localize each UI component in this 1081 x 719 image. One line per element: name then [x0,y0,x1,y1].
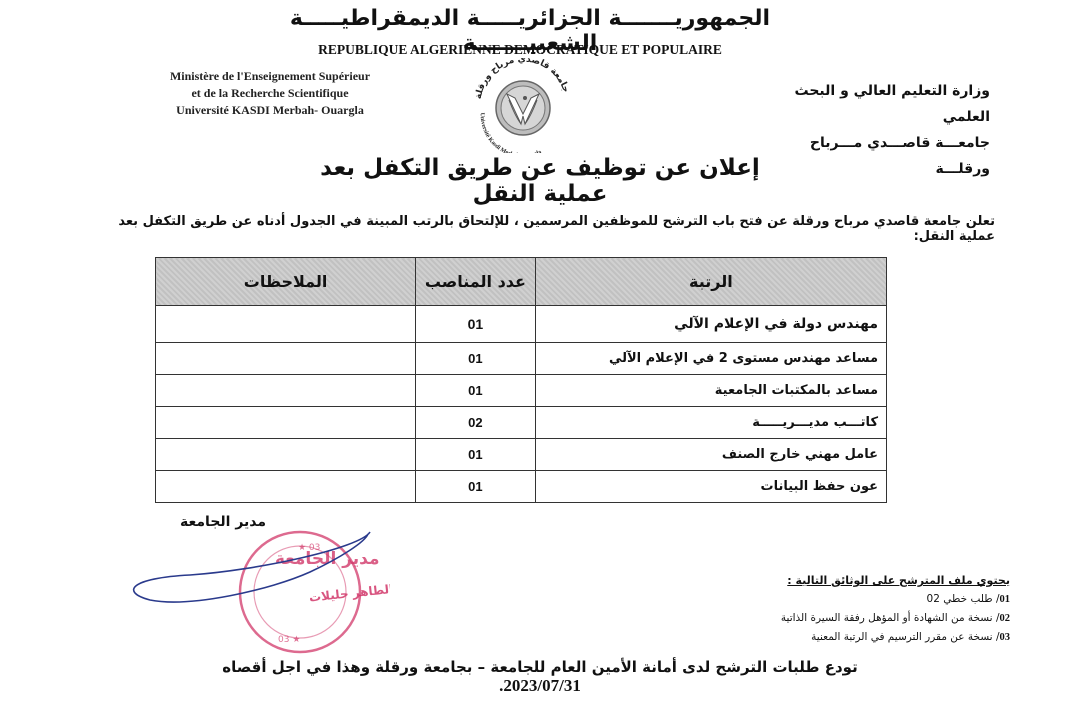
university-line: جامعـــة قاصـــدي مـــرباح ورقلـــة [760,130,990,182]
notes-cell [156,439,416,471]
ministry-line: et de la Recherche Scientifique [130,85,410,102]
submission-text: تودع طلبات الترشح لدى أمانة الأمين العام… [222,658,857,676]
announcement-intro: تعلن جامعة قاصدي مرباح ورقلة عن فتح باب … [90,214,995,244]
document-item: 03/ نسخة عن مقرر الترسيم في الرتبة المعن… [760,628,1010,647]
required-documents: يحتوي ملف المترشح على الوثائق التالية : … [760,571,1010,647]
header-positions: عدد المناصب [416,258,536,306]
positions-table: الرتبة عدد المناصب الملاحظات مهندس دولة … [155,257,887,503]
positions-cell: 01 [416,471,536,503]
document-number: 02 [1000,613,1011,624]
table-row: كاتـــب مديـــريـــــة 02 [156,407,887,439]
table-row: عامل مهني خارج الصنف 01 [156,439,887,471]
rank-cell: عون حفظ البيانات [535,471,886,503]
rank-cell: مهندس دولة في الإعلام الآلي [535,306,886,343]
deadline-date: 2023/07/31. [499,676,581,695]
university-emblem-icon: جامعة قاصدي مرباح ورقلة Université Kasdi… [463,58,583,153]
submission-notice: تودع طلبات الترشح لدى أمانة الأمين العام… [190,658,890,696]
positions-cell: 01 [416,306,536,343]
positions-cell: 02 [416,407,536,439]
document-text: نسخة عن مقرر الترسيم في الرتبة المعنية [811,631,992,643]
stamp-seal-icon: ★ 03 03 ★ مدير الجامعة إمضاء: محمد الطاه… [110,530,390,660]
document-item: 02/ نسخة من الشهادة أو المؤهل رفقة السير… [760,609,1010,628]
table-header-row: الرتبة عدد المناصب الملاحظات [156,258,887,306]
rank-cell: مساعد مهندس مستوى 2 في الإعلام الآلي [535,343,886,375]
director-title: مدير الجامعة [180,514,266,530]
rank-cell: عامل مهني خارج الصنف [535,439,886,471]
ministry-block-french: Ministère de l'Enseignement Supérieur et… [130,68,410,119]
official-stamp: ★ 03 03 ★ مدير الجامعة إمضاء: محمد الطاه… [110,530,390,660]
svg-text:إمضاء: محمد الطاهر حليلات: إمضاء: محمد الطاهر حليلات [308,574,390,605]
svg-text:03 ★: 03 ★ [278,635,300,645]
table-row: مهندس دولة في الإعلام الآلي 01 [156,306,887,343]
university-logo: جامعة قاصدي مرباح ورقلة Université Kasdi… [463,58,583,153]
notes-cell [156,343,416,375]
table-row: عون حفظ البيانات 01 [156,471,887,503]
notes-cell [156,471,416,503]
table-row: مساعد مهندس مستوى 2 في الإعلام الآلي 01 [156,343,887,375]
notes-cell [156,375,416,407]
positions-cell: 01 [416,343,536,375]
notes-cell [156,306,416,343]
ministry-line: وزارة التعليم العالي و البحث العلمي [760,78,990,130]
table-row: مساعد بالمكتبات الجامعية 01 [156,375,887,407]
announcement-title: إعلان عن توظيف عن طريق التكفل بعد عملية … [300,155,780,207]
ministry-block-arabic: وزارة التعليم العالي و البحث العلمي جامع… [760,78,990,182]
republic-title-french: REPUBLIQUE ALGERIENNE DEMOCRATIQUE ET PO… [280,42,760,58]
ministry-line: Ministère de l'Enseignement Supérieur [130,68,410,85]
notes-cell [156,407,416,439]
documents-heading: يحتوي ملف المترشح على الوثائق التالية : [760,571,1010,590]
document-item: 01/ طلب خطي 02 [760,590,1010,609]
positions-cell: 01 [416,375,536,407]
positions-cell: 01 [416,439,536,471]
document-text: نسخة من الشهادة أو المؤهل رفقة السيرة ال… [781,612,993,624]
intro-text: تعلن جامعة قاصدي مرباح ورقلة عن فتح باب … [257,214,995,229]
header-rank: الرتبة [535,258,886,306]
university-line: Université KASDI Merbah- Ouargla [130,102,410,119]
rank-cell: كاتـــب مديـــريـــــة [535,407,886,439]
document-number: 01 [1000,594,1011,605]
document-text: طلب خطي 02 [927,593,993,605]
rank-cell: مساعد بالمكتبات الجامعية [535,375,886,407]
header-notes: الملاحظات [156,258,416,306]
document-number: 03 [1000,632,1011,643]
